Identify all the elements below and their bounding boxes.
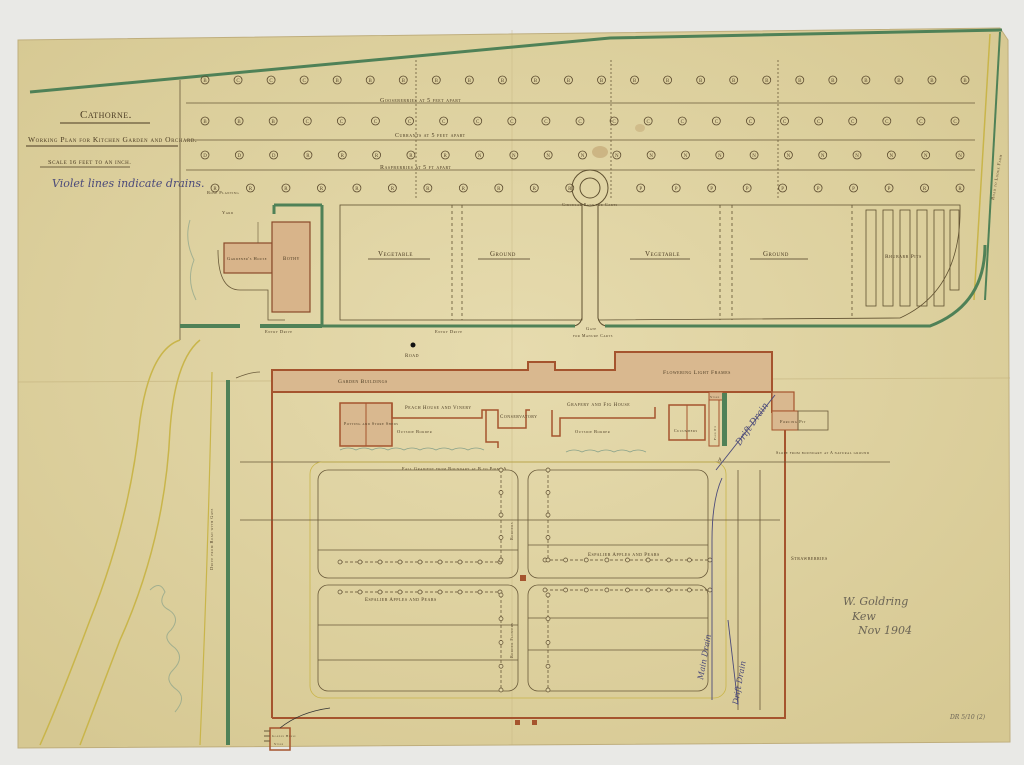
espalier-tree-marker	[499, 468, 503, 472]
fruit-tree-letter: N	[855, 154, 859, 159]
espalier-tree-marker	[646, 588, 650, 592]
label-outside-border-2: Outside Border	[575, 429, 610, 434]
espalier-tree-marker	[338, 590, 342, 594]
label-entry-drive-mid: Entry Drive	[435, 329, 463, 334]
fruit-tree-letter: N	[684, 154, 688, 159]
espalier-tree-marker	[543, 588, 547, 592]
label-fern-pit: Fern Pit	[713, 425, 717, 440]
fruit-tree-letter: P	[675, 187, 678, 192]
fruit-tree-letter: D	[272, 154, 276, 159]
label-yard: Yard	[222, 210, 234, 215]
espalier-tree-marker	[358, 590, 362, 594]
espalier-tree-marker	[418, 590, 422, 594]
espalier-tree-marker	[358, 560, 362, 564]
espalier-tree-marker	[418, 560, 422, 564]
annotation-author: W. Goldring	[843, 595, 908, 608]
fruit-tree-letter: N	[958, 154, 962, 159]
row-label-raspberries: Raspberries at 5 ft apart	[380, 165, 451, 171]
fruit-tree-letter: N	[821, 154, 825, 159]
fruit-tree-letter: N	[718, 154, 722, 159]
espalier-tree-marker	[499, 641, 503, 645]
espalier-tree-marker	[584, 558, 588, 562]
label-entry-drive-left: Entry Drive	[265, 329, 293, 334]
espalier-tree-marker	[708, 588, 712, 592]
espalier-tree-marker	[667, 558, 671, 562]
label-slope-note: Slope from boundary at A natural ground	[776, 450, 870, 455]
espalier-tree-marker	[338, 560, 342, 564]
fruit-tree-letter: N	[752, 154, 756, 159]
espalier-tree-marker	[546, 558, 550, 562]
label-strawberries: Strawberries	[791, 557, 828, 562]
fruit-tree-letter: D	[238, 154, 242, 159]
espalier-tree-marker	[564, 588, 568, 592]
espalier-tree-marker	[478, 590, 482, 594]
espalier-tree-marker	[546, 491, 550, 495]
central-dipping-well	[520, 575, 526, 581]
fruit-tree-letter: N	[890, 154, 894, 159]
label-rose-planting: Rose Planting	[207, 190, 239, 195]
espalier-tree-marker	[378, 590, 382, 594]
espalier-tree-marker	[398, 590, 402, 594]
espalier-tree-marker	[458, 590, 462, 594]
fruit-tree-letter: P	[817, 187, 820, 192]
espalier-tree-marker	[546, 593, 550, 597]
espalier-tree-marker	[605, 588, 609, 592]
gate-pier	[515, 720, 520, 725]
label-espalier-1: Espalier Apples and Pears	[588, 553, 660, 558]
fruit-tree-letter: N	[512, 154, 516, 159]
espalier-tree-marker	[687, 588, 691, 592]
label-peach-house: Peach House and Vinery	[405, 406, 472, 411]
label-garden-buildings: Garden Buildings	[338, 379, 388, 385]
label-cucumber: Cucumbers	[674, 428, 698, 433]
espalier-tree-marker	[438, 560, 442, 564]
plan-subtitle: Working Plan for Kitchen Garden and Orch…	[28, 135, 197, 144]
espalier-tree-marker	[458, 560, 462, 564]
espalier-tree-marker	[499, 593, 503, 597]
drain-legend-note: Violet lines indicate drains.	[52, 177, 205, 190]
fruit-tree-letter: D	[203, 154, 207, 159]
espalier-tree-marker	[546, 513, 550, 517]
espalier-tree-marker	[398, 560, 402, 564]
fruit-tree-letter: N	[581, 154, 585, 159]
espalier-tree-marker	[499, 688, 503, 692]
label-forcing-pit: Forcing Pit	[780, 419, 806, 424]
espalier-tree-marker	[546, 688, 550, 692]
label-conservatory: Conservatory	[500, 415, 538, 420]
fruit-tree-letter: N	[649, 154, 653, 159]
espalier-tree-marker	[605, 558, 609, 562]
label-vegetable-2: Vegetable	[645, 250, 680, 258]
label-ground-1: Ground	[490, 250, 516, 258]
fruit-tree-letter: N	[478, 154, 482, 159]
espalier-tree-marker	[438, 590, 442, 594]
annotation-date: Nov 1904	[857, 624, 912, 637]
espalier-tree-marker	[499, 558, 503, 562]
label-ground-2: Ground	[763, 250, 789, 258]
plan-title: Cathorne.	[80, 109, 132, 121]
fruit-tree-letter: P	[746, 187, 749, 192]
espalier-tree-marker	[564, 558, 568, 562]
espalier-tree-marker	[584, 588, 588, 592]
label-gate: Gate	[586, 326, 597, 331]
label-vegetable-1: Vegetable	[378, 250, 413, 258]
fruit-tree-letter: P	[888, 187, 891, 192]
espalier-tree-marker	[646, 558, 650, 562]
label-left-drive: Drive from Road with Gate	[209, 508, 214, 570]
gate-pier	[532, 720, 537, 725]
survey-point-marker	[411, 343, 416, 348]
espalier-tree-marker	[667, 588, 671, 592]
espalier-tree-marker	[546, 536, 550, 540]
fruit-tree-letter: P	[781, 187, 784, 192]
espalier-tree-marker	[546, 468, 550, 472]
espalier-tree-marker	[546, 641, 550, 645]
label-point-a: A	[718, 458, 722, 463]
label-bothy: Bothy	[283, 257, 300, 262]
label-road: Road	[405, 354, 419, 359]
espalier-tree-marker	[687, 558, 691, 562]
label-borders-a: Borders	[509, 522, 514, 540]
fruit-tree-letter: N	[546, 154, 550, 159]
fruit-tree-letter: P	[852, 187, 855, 192]
row-label-gooseberries: Gooseberries at 5 feet apart	[380, 98, 461, 104]
espalier-tree-marker	[499, 513, 503, 517]
label-borders-b: Border Flowers	[509, 623, 514, 658]
label-espalier-2: Espalier Apples and Pears	[365, 598, 437, 603]
label-gate-sub: for Manure Carts	[573, 333, 613, 338]
label-tool-house: Garden House	[272, 734, 296, 738]
label-rhubarb-pits: Rhubarb Pits	[885, 254, 922, 260]
label-outside-border-1: Outside Border	[397, 429, 432, 434]
espalier-tree-marker	[499, 491, 503, 495]
espalier-tree-marker	[499, 617, 503, 621]
fruit-tree-letter: P	[639, 187, 642, 192]
plan-scale: Scale 16 feet to an inch.	[48, 159, 131, 166]
catalogue-mark: DR 5/10 (2)	[949, 714, 986, 721]
fruit-tree-letter: N	[924, 154, 928, 159]
label-potting-sheds: Potting and Store Sheds	[344, 421, 398, 426]
plan-sheet: Cathorne. Working Plan for Kitchen Garde…	[0, 0, 1024, 765]
espalier-tree-marker	[626, 558, 630, 562]
annotation-place: Kew	[851, 610, 876, 623]
espalier-tree-marker	[499, 536, 503, 540]
espalier-tree-marker	[499, 664, 503, 668]
espalier-tree-marker	[546, 617, 550, 621]
label-flowering-lights: Flowering Light Frames	[663, 370, 731, 376]
fruit-tree-letter: N	[787, 154, 791, 159]
fruit-tree-letter: N	[615, 154, 619, 159]
espalier-tree-marker	[708, 558, 712, 562]
fruit-tree-letter: P	[710, 187, 713, 192]
label-circular-path: Circular Path for Carts	[562, 202, 618, 207]
label-tool-house-sub: Store	[274, 742, 284, 746]
row-label-currants: Currants at 5 feet apart	[395, 133, 466, 139]
label-gardeners-house: Gardener's House	[227, 256, 267, 261]
label-grape-house: Grapery and Fig House	[567, 403, 630, 408]
espalier-tree-marker	[626, 588, 630, 592]
label-stoke: Stoke	[710, 395, 720, 399]
espalier-tree-marker	[378, 560, 382, 564]
espalier-tree-marker	[478, 560, 482, 564]
espalier-tree-marker	[546, 664, 550, 668]
